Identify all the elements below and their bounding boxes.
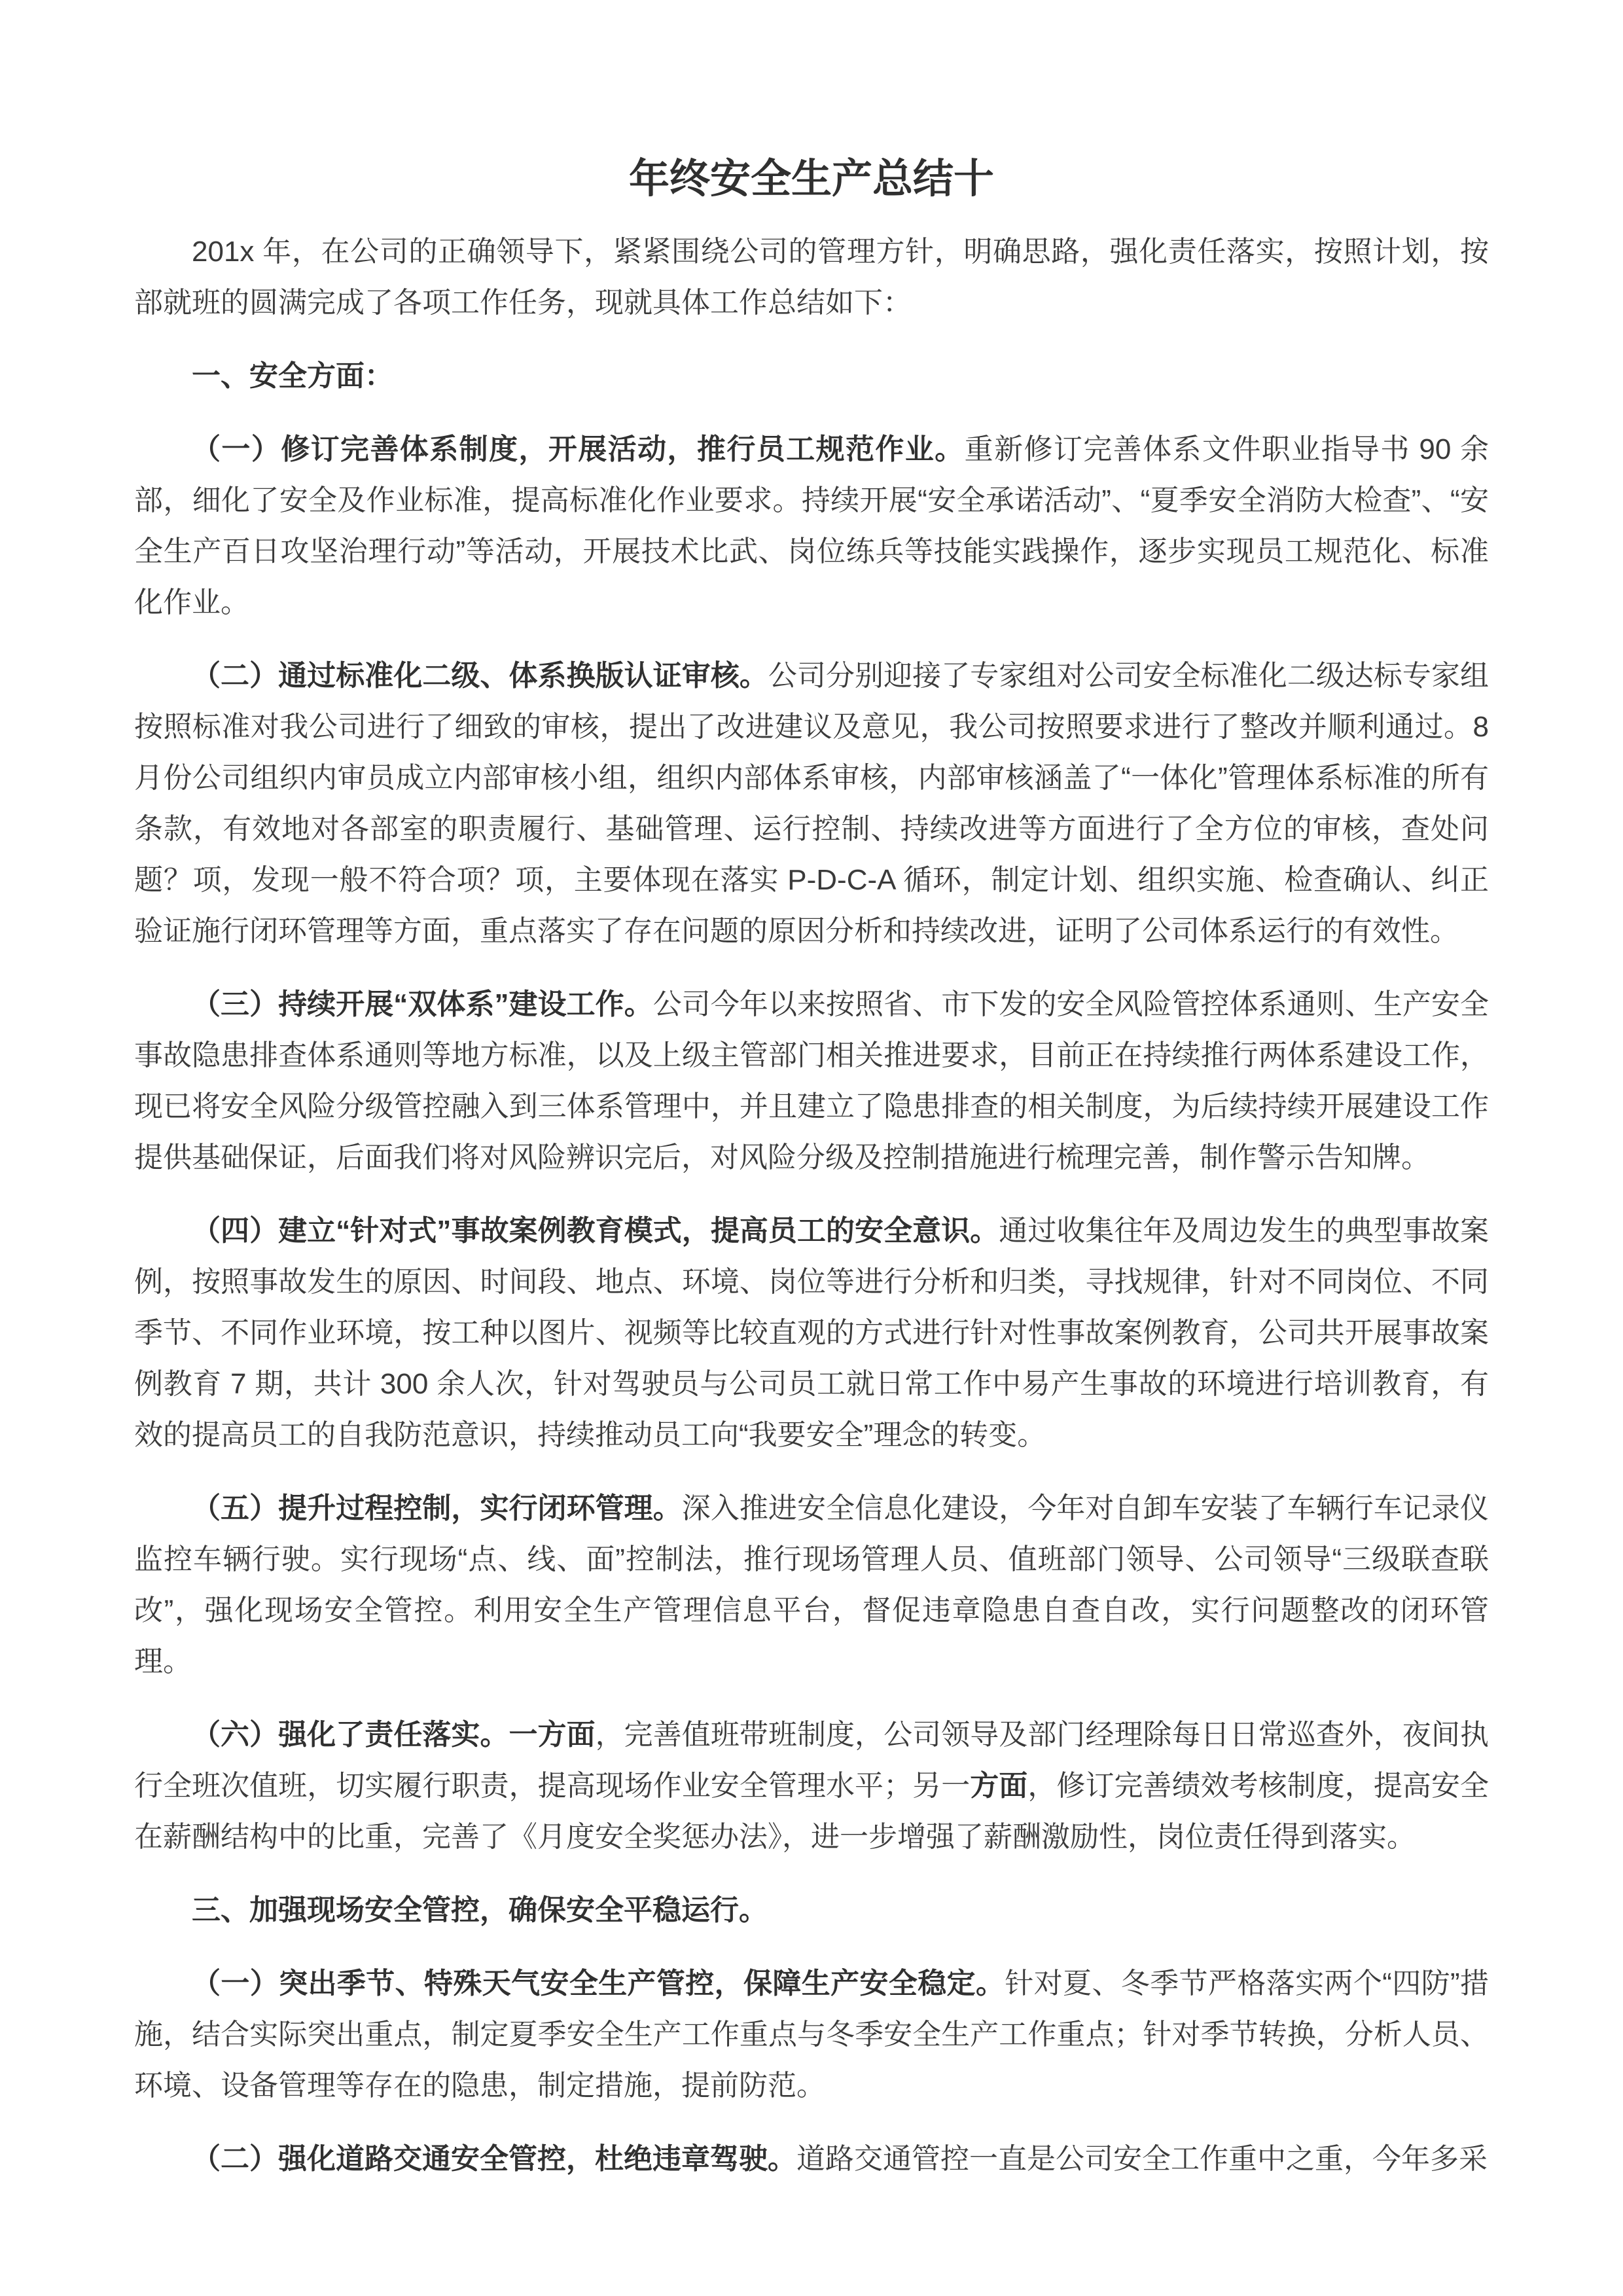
item-1-4-run-0: （四）建立“针对式”事故案例教育模式，提高员工的安全意识。 <box>192 1215 999 1247</box>
item-3-2: （二）强化道路交通安全管控，杜绝违章驾驶。道路交通管控一直是公司安全工作重中之重… <box>134 2134 1489 2185</box>
item-1-4: （四）建立“针对式”事故案例教育模式，提高员工的安全意识。通过收集往年及周边发生… <box>134 1206 1489 1461</box>
item-1-6: （六）强化了责任落实。一方面，完善值班带班制度，公司领导及部门经理除每日日常巡查… <box>134 1710 1489 1863</box>
section-heading-1-run-0: 一、安全方面： <box>192 360 393 392</box>
document-body: 201x 年，在公司的正确领导下，紧紧围绕公司的管理方针，明确思路，强化责任落实… <box>134 226 1489 2185</box>
item-1-2-run-1: 公司分别迎接了专家组对公司安全标准化二级达标专家组按照标准对我公司进行了细致的审… <box>134 660 1489 947</box>
document-title: 年终安全生产总结十 <box>134 156 1489 203</box>
item-1-3-run-0: （三）持续开展“双体系”建设工作。 <box>192 988 653 1020</box>
item-1-1-run-0: （一）修订完善体系制度，开展活动，推行员工规范作业。 <box>192 433 965 465</box>
item-3-2-run-0: （二）强化道路交通安全管控，杜绝违章驾驶。 <box>192 2143 796 2175</box>
item-1-5: （五）提升过程控制，实行闭环管理。深入推进安全信息化建设，今年对自卸车安装了车辆… <box>134 1483 1489 1687</box>
section-heading-1: 一、安全方面： <box>134 351 1489 402</box>
section-heading-3-run-0: 三、加强现场安全管控，确保安全平稳运行。 <box>192 1894 768 1926</box>
item-1-2-run-0: （二）通过标准化二级、体系换版认证审核。 <box>192 660 768 692</box>
item-1-6-run-2: 方面 <box>970 1770 1027 1802</box>
item-3-1: （一）突出季节、特殊天气安全生产管控，保障生产安全稳定。针对夏、冬季节严格落实两… <box>134 1958 1489 2111</box>
item-3-2-run-1: 道路交通管控一直是公司安全工作重中之重，今年多采 <box>796 2143 1488 2175</box>
item-1-6-run-0: （六）强化了责任落实。一方面 <box>192 1719 596 1751</box>
item-1-1: （一）修订完善体系制度，开展活动，推行员工规范作业。重新修订完善体系文件职业指导… <box>134 424 1489 628</box>
intro-paragraph: 201x 年，在公司的正确领导下，紧紧围绕公司的管理方针，明确思路，强化责任落实… <box>134 226 1489 329</box>
section-heading-3: 三、加强现场安全管控，确保安全平稳运行。 <box>134 1885 1489 1936</box>
item-3-1-run-0: （一）突出季节、特殊天气安全生产管控，保障生产安全稳定。 <box>192 1967 1005 2000</box>
item-1-2: （二）通过标准化二级、体系换版认证审核。公司分别迎接了专家组对公司安全标准化二级… <box>134 651 1489 957</box>
item-1-5-run-0: （五）提升过程控制，实行闭环管理。 <box>192 1492 682 1524</box>
document-page: 年终安全生产总结十 201x 年，在公司的正确领导下，紧紧围绕公司的管理方针，明… <box>0 0 1623 2296</box>
intro-paragraph-run-0: 201x 年，在公司的正确领导下，紧紧围绕公司的管理方针，明确思路，强化责任落实… <box>134 236 1489 319</box>
item-1-3: （三）持续开展“双体系”建设工作。公司今年以来按照省、市下发的安全风险管控体系通… <box>134 979 1489 1183</box>
item-1-4-run-1: 通过收集往年及周边发生的典型事故案例，按照事故发生的原因、时间段、地点、环境、岗… <box>134 1215 1489 1451</box>
